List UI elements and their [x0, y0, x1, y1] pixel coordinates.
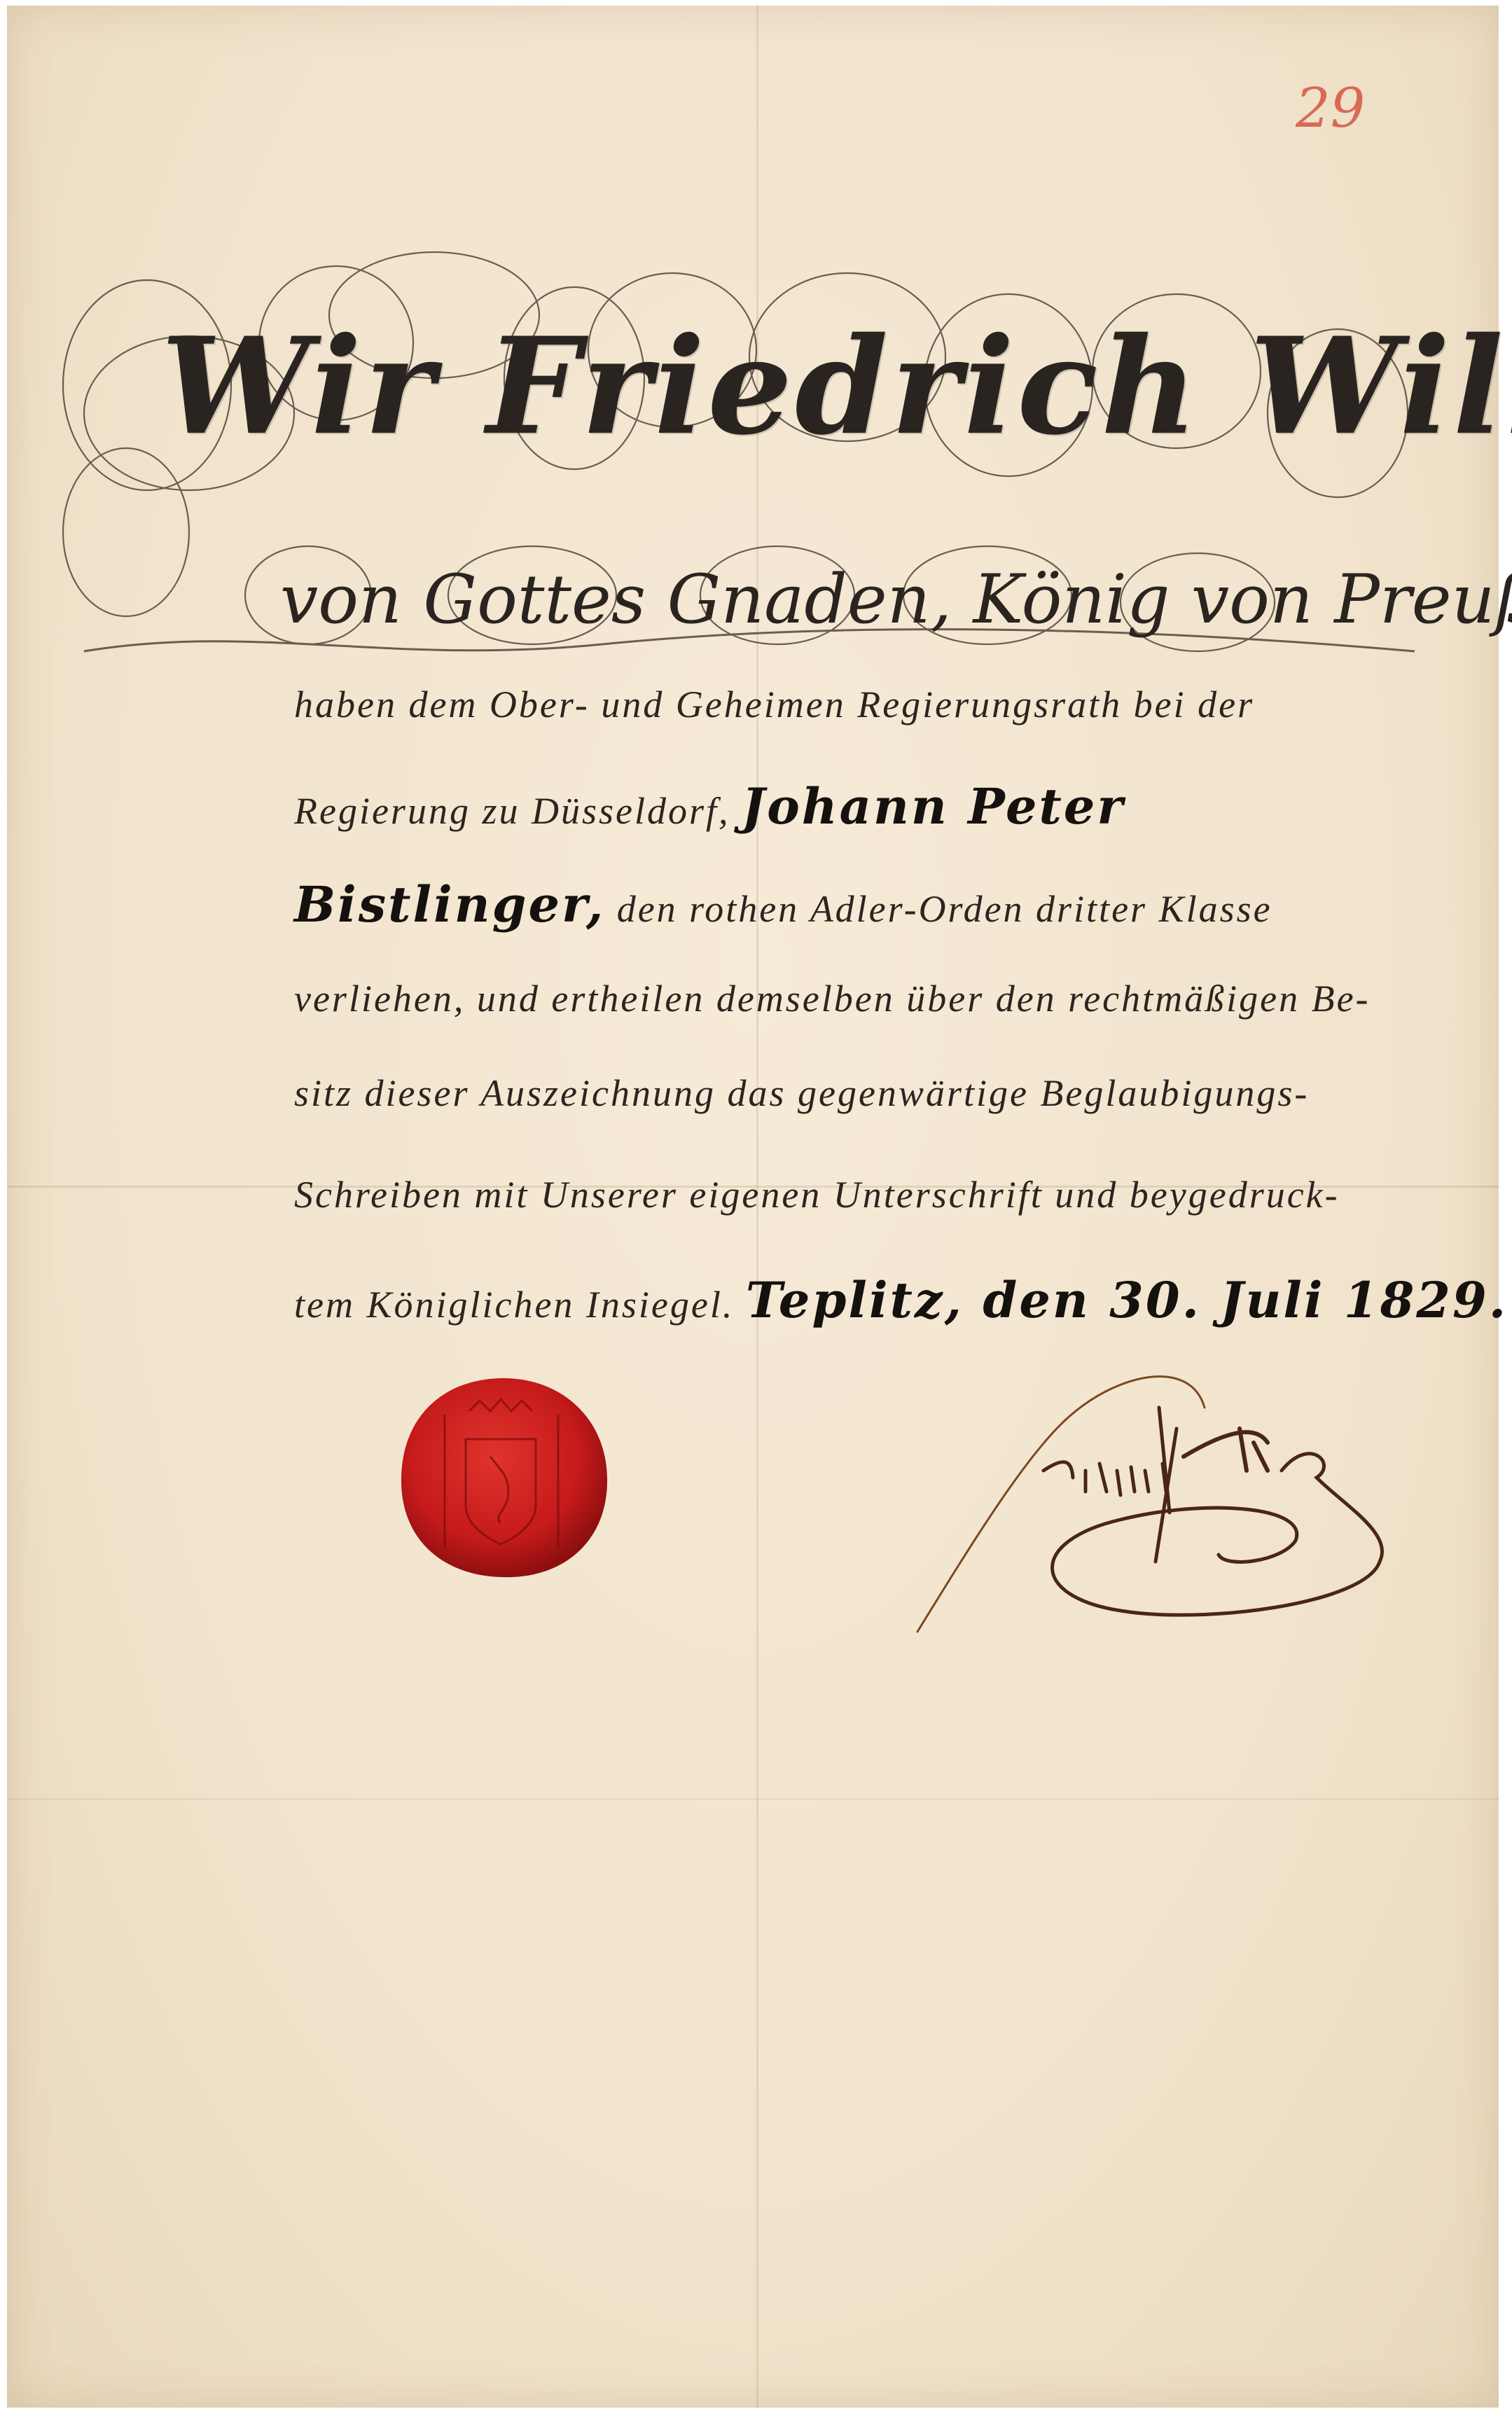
document-subheadline: von Gottes Gnaden, König von Preußen [280, 560, 1471, 639]
body-line-3: Bistlinger, den rothen Adler-Orden dritt… [294, 875, 1429, 933]
recipient-given-names: Johann Peter [742, 777, 1125, 835]
body-line-4: verliehen, und ertheilen demselben über … [294, 977, 1429, 1020]
body-line-7: tem Königlichen Insiegel. Teplitz, den 3… [294, 1271, 1429, 1329]
body-line-5: sitz dieser Auszeichnung das gegenwärtig… [294, 1071, 1429, 1115]
recipient-surname: Bistlinger, [294, 875, 605, 933]
body-line-1: haben dem Ober- und Geheimen Regierungsr… [294, 683, 1429, 726]
archive-number: 29 [1296, 77, 1365, 140]
red-wax-seal-icon [396, 1373, 613, 1583]
place-and-date: Teplitz, den 30. Juli 1829. [746, 1271, 1508, 1329]
body-line-6: Schreiben mit Unserer eigenen Unterschri… [294, 1173, 1429, 1216]
body-line-2: Regierung zu Düsseldorf, Johann Peter [294, 777, 1429, 835]
royal-signature [889, 1331, 1422, 1667]
document-headline: Wir Friedrich Wilhelm, [161, 308, 1422, 464]
fold-crease-horizontal-lower [7, 1798, 1499, 1800]
